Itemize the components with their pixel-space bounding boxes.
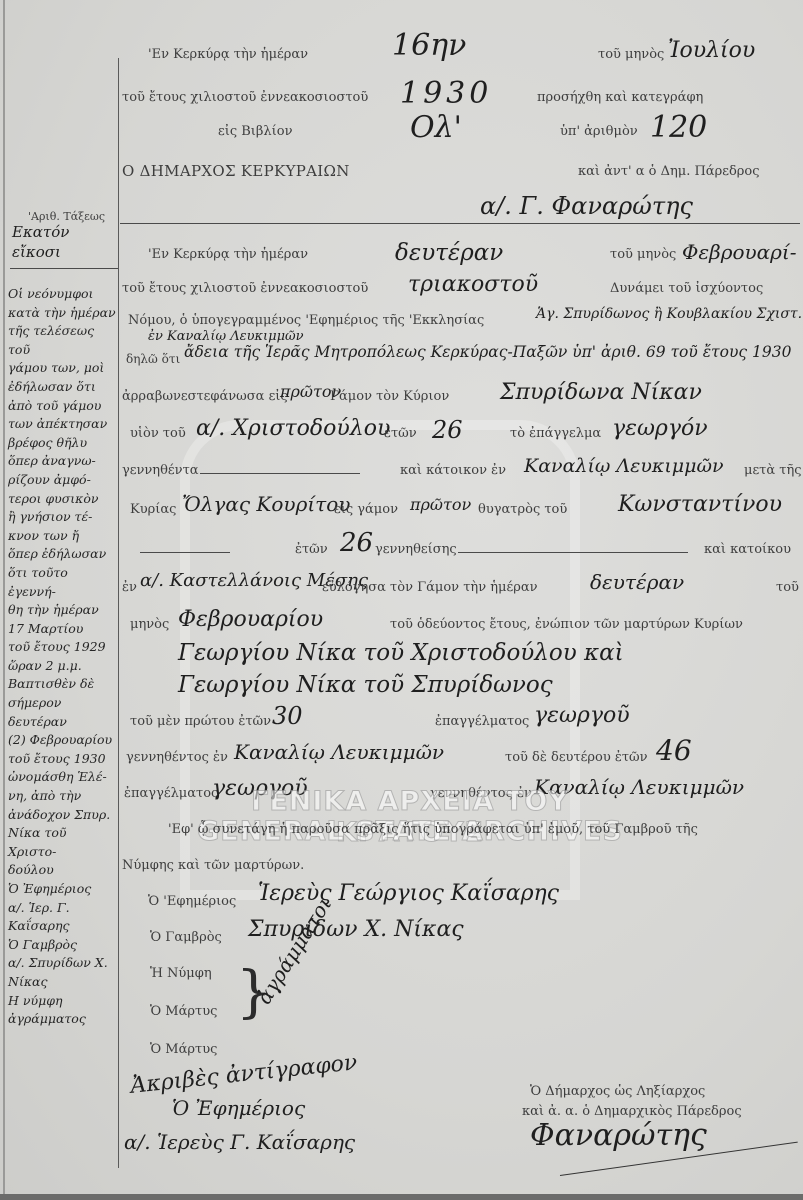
groom-occupation-label: τὸ ἐπάγγελμα — [510, 426, 601, 441]
bride-name: Ὄλγας Κουρίτου — [182, 492, 350, 516]
record-line11-prefix: μηνὸς — [130, 617, 169, 632]
church-permit: ἄδεια τῆς Ἱερᾶς Μητροπόλεως Κερκύρας-Παξ… — [184, 343, 791, 361]
top-number: 120 — [650, 110, 707, 145]
illiterate-note: ἀγράμματοι — [252, 893, 337, 1008]
witness-2-label: Ὁ Μάρτυς — [150, 1042, 217, 1057]
church-name: Ἁγ. Σπυρίδωνος ἢ Κουβλακίου Σχιστ. — [536, 306, 802, 322]
record-line10-mid: εὐλόγησα τὸν Γάμον τὴν ἡμέραν — [322, 580, 538, 595]
mayor-heading: Ο ΔΗΜΑΡΧΟΣ ΚΕΡΚΥΡΑΙΩΝ — [122, 162, 350, 180]
top-day: 16ην — [392, 28, 466, 63]
top-line2-prefix: τοῦ ἔτους χιλιοστοῦ ἐννεακοσιοστοῦ — [122, 90, 368, 105]
record-line2-suffix: Δυνάμει τοῦ ἰσχύοντος — [610, 281, 763, 296]
certified-by: Ὁ Ἐφημέριος — [172, 1096, 305, 1120]
record-line15-mid: τοῦ δὲ δευτέρου ἐτῶν — [505, 750, 648, 765]
record-line9-suffix: καὶ κατοίκου — [704, 542, 791, 557]
record-line3-prefix: Νόμου, ὁ ὑπογεγραμμένος 'Εφημέριος τῆς '… — [128, 313, 484, 328]
record-line4-prefix: δηλῶ ὅτι — [126, 352, 180, 366]
priest-label: Ὁ 'Εφημέριος — [148, 894, 236, 909]
mayor-signature: Φαναρώτης — [530, 1118, 707, 1153]
marriage-month: Φεβρουαρί- — [682, 240, 797, 264]
record-line10-prefix: ἐν — [122, 580, 137, 595]
page-edge — [3, 0, 5, 1200]
witness-1-birthplace: Καναλίῳ Λευκιμμῶν — [234, 740, 444, 764]
witness-1-occupation: γεωργοῦ — [534, 703, 630, 728]
record-line11-suffix: τοῦ ὁδεύοντος ἔτους, ἐνώπιον τῶν μαρτύρω… — [390, 617, 743, 632]
record-line1-prefix: 'Εν Κερκύρᾳ τὴν ἡμέραν — [148, 247, 308, 262]
margin-divider — [10, 268, 118, 269]
blank-line — [140, 552, 230, 553]
witness-1-age: 30 — [272, 702, 303, 730]
ceremony-month: Φεβρουαρίου — [178, 607, 323, 632]
section-divider — [120, 223, 800, 224]
bride-label: Ἡ Νύμφη — [150, 966, 212, 981]
certified-signature: α/. Ἱερεὺς Γ. Καΐσαρης — [124, 1130, 355, 1154]
top-line3-prefix: εἰς Βιβλίον — [218, 124, 292, 139]
top-month-label: τοῦ μηνὸς — [598, 47, 664, 62]
record-line14-prefix: τοῦ μὲν πρώτου ἐτῶν — [130, 714, 271, 729]
groom-age-label: ἐτῶν — [384, 426, 417, 441]
witness-1-label: Ὁ Μάρτυς — [150, 1004, 217, 1019]
blank-line — [458, 552, 688, 553]
record-line7-suffix: μετὰ τῆς — [744, 463, 802, 478]
ceremony-day: δευτέραν — [590, 570, 684, 594]
groom-label: Ὁ Γαμβρὸς — [150, 930, 222, 945]
record-line5-prefix: ἀρραβωνεστεφάνωσα εἰς — [122, 389, 288, 404]
bride-age: 26 — [340, 528, 373, 558]
groom-name: Σπυρίδωνα Νίκαν — [500, 380, 702, 405]
witness-2-age: 46 — [656, 734, 692, 767]
record-line6-prefix: υἱὸν τοῦ — [130, 426, 186, 441]
blank-line — [200, 473, 360, 474]
deputy-signature: α/. Γ. Φαναρώτης — [480, 192, 693, 220]
record-line5-mid: Γάμον τὸν Κύριον — [330, 389, 449, 404]
closing-line-2: Νύμφης καὶ τῶν μαρτύρων. — [122, 858, 304, 873]
bride-age-label: ἐτῶν — [295, 542, 328, 557]
top-book: Ολ' — [410, 110, 462, 145]
marriage-day: δευτέραν — [395, 240, 503, 266]
page-bottom-edge — [0, 1194, 803, 1200]
record-line15-prefix: γεννηθέντος ἐν — [126, 750, 228, 765]
top-line1-prefix: 'Εν Κερκύρᾳ τὴν ἡμέραν — [148, 47, 308, 62]
priest-signature: Ἱερεὺς Γεώργιος Καΐσαρης — [258, 881, 559, 906]
record-line10-suffix: τοῦ — [776, 580, 799, 595]
mayor-label-2: καὶ ἀ. α. ὁ Δημαρχικὸς Πάρεδρος — [522, 1104, 742, 1119]
record-month-label: τοῦ μηνὸς — [610, 247, 676, 262]
closing-line-1: 'Εφ' ᾧ συνετάγη ἡ παροῦσα πρᾶξις ἥτις ὑπ… — [168, 822, 698, 837]
top-line2-suffix: προσήχθη καὶ κατεγράφη — [537, 90, 703, 105]
bride-marriage-type: πρῶτον — [410, 495, 471, 514]
groom-residence: Καναλίῳ Λευκιμμῶν — [524, 455, 724, 477]
groom-father: α/. Χριστοδούλου — [196, 416, 390, 441]
groom-occupation: γεωργόν — [612, 416, 708, 441]
order-number-value: Εκατόν εἴκοσι — [12, 222, 112, 262]
witness-1-name: Γεωργίου Νίκα τοῦ Χριστοδούλου καὶ — [178, 640, 624, 666]
top-month: Ἰουλίου — [668, 38, 755, 63]
top-year: 1930 — [400, 76, 492, 111]
certified-copy-note: Ἀκριβὲς ἀντίγραφον — [129, 1050, 358, 1099]
witness-1-occupation-label: ἐπαγγέλματος — [435, 714, 529, 729]
groom-signature: Σπυρίδων Χ. Νίκας — [248, 917, 464, 942]
mayor-label-1: Ὁ Δήμαρχος ὡς Ληξίαρχος — [530, 1084, 705, 1099]
record-line2-prefix: τοῦ ἔτους χιλιοστοῦ ἐννεακοσιοστοῦ — [122, 281, 368, 296]
church-location: ἐν Καναλίῳ Λευκιμμῶν — [148, 329, 304, 344]
record-line8-prefix: Κυρίας — [130, 502, 176, 517]
margin-annotation: Οἱ νεόνυμφοικατὰ τὴν ἡμέραντῆς τελέσεως … — [8, 285, 116, 1029]
bride-father-label: θυγατρὸς τοῦ — [478, 502, 567, 517]
witness-2-name: Γεωργίου Νίκα τοῦ Σπυρίδωνος — [178, 672, 553, 698]
top-number-label: ὑπ' ἀριθμὸν — [560, 124, 638, 139]
record-line7-prefix: γεννηθέντα — [122, 463, 199, 478]
document-page: 'Εν Κερκύρᾳ τὴν ἡμέραν 16ην τοῦ μηνὸς Ἰο… — [0, 0, 803, 1200]
record-line7-mid: καὶ κάτοικον ἐν — [400, 463, 506, 478]
record-line8-mid: εἰς γάμον — [334, 502, 398, 517]
margin-rule — [118, 58, 119, 1168]
record-line9-mid: γεννηθείσης — [375, 542, 457, 557]
groom-age: 26 — [432, 416, 463, 444]
marriage-year: τριακοστοῦ — [408, 272, 538, 297]
bride-father: Κωνσταντίνου — [618, 492, 782, 517]
deputy-label: καὶ ἀντ' α ὁ Δημ. Πάρεδρος — [578, 164, 760, 179]
